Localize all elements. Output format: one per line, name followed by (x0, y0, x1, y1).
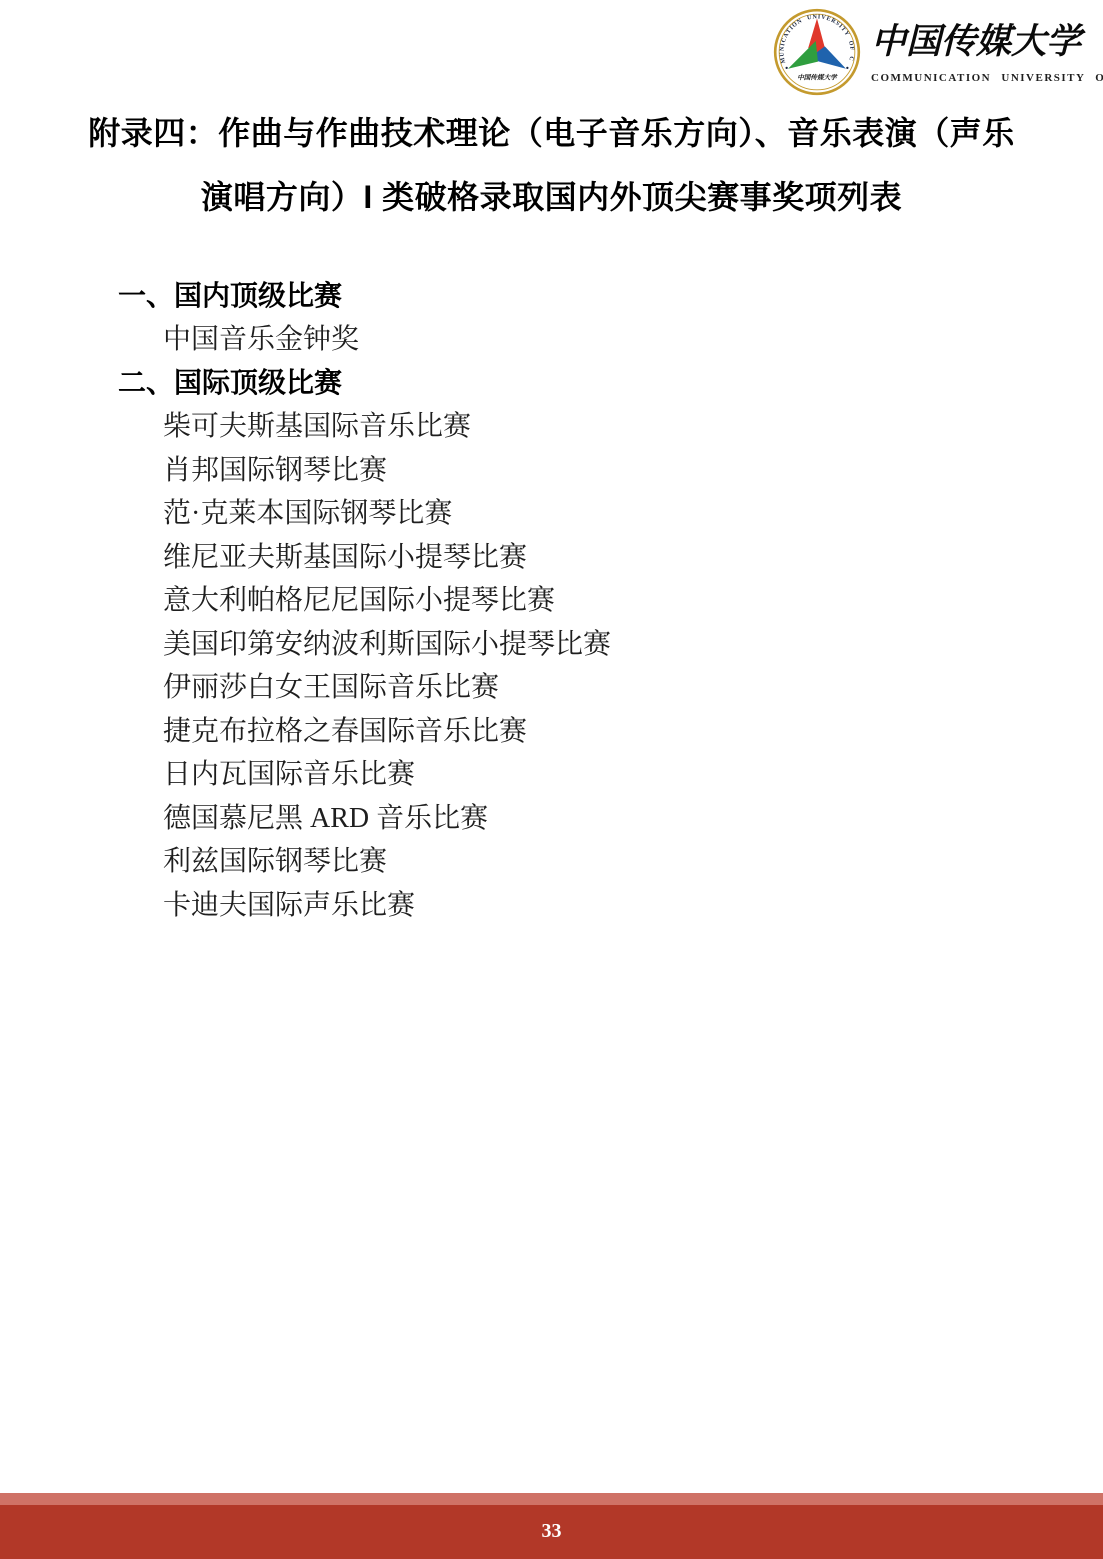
seal-left-dot (785, 67, 787, 69)
logo-text-block: 中国传媒大学 COMMUNICATION UNIVERSITY OF CHINA (871, 16, 1103, 84)
list-item: 美国印第安纳波利斯国际小提琴比赛 (0, 620, 1103, 664)
list-item: 肖邦国际钢琴比赛 (0, 446, 1103, 490)
footer-bar: 33 (0, 1505, 1103, 1559)
list-item: 伊丽莎白女王国际音乐比赛 (0, 664, 1103, 708)
page-title: 附录四：作曲与作曲技术理论（电子音乐方向）、音乐表演（声乐 演唱方向）I 类破格… (0, 101, 1103, 229)
title-line-1: 附录四：作曲与作曲技术理论（电子音乐方向）、音乐表演（声乐 (0, 101, 1103, 165)
list-item: 利兹国际钢琴比赛 (0, 838, 1103, 882)
list-item: 意大利帕格尼尼国际小提琴比赛 (0, 577, 1103, 621)
page-number: 33 (542, 1505, 562, 1557)
list-item: 维尼亚夫斯基国际小提琴比赛 (0, 533, 1103, 577)
section-heading-international: 二、国际顶级比赛 (0, 359, 1103, 403)
list-item: 捷克布拉格之春国际音乐比赛 (0, 707, 1103, 751)
section-heading-domestic: 一、国内顶级比赛 (0, 272, 1103, 316)
university-name-calligraphy: 中国传媒大学 (871, 16, 1103, 68)
list-item: 范·克莱本国际钢琴比赛 (0, 490, 1103, 534)
title-line-2: 演唱方向）I 类破格录取国内外顶尖赛事奖项列表 (0, 165, 1103, 229)
list-item: 日内瓦国际音乐比赛 (0, 751, 1103, 795)
footer-accent-bar (0, 1493, 1103, 1505)
university-logo: COMMUNICATION UNIVERSITY OF CHINA 中国传媒大学… (773, 8, 1103, 96)
list-item: 德国慕尼黑 ARD 音乐比赛 (0, 794, 1103, 838)
list-item: 中国音乐金钟奖 (0, 316, 1103, 360)
competition-list: 一、国内顶级比赛 中国音乐金钟奖 二、国际顶级比赛 柴可夫斯基国际音乐比赛 肖邦… (0, 272, 1103, 925)
university-name-english: COMMUNICATION UNIVERSITY OF CHINA (871, 72, 1103, 84)
list-item: 柴可夫斯基国际音乐比赛 (0, 403, 1103, 447)
document-page: COMMUNICATION UNIVERSITY OF CHINA 中国传媒大学… (0, 0, 1103, 1559)
list-item: 卡迪夫国际声乐比赛 (0, 881, 1103, 925)
seal-right-dot (846, 67, 848, 69)
seal-bottom-text: 中国传媒大学 (797, 73, 838, 81)
university-seal-icon: COMMUNICATION UNIVERSITY OF CHINA 中国传媒大学 (773, 8, 861, 96)
